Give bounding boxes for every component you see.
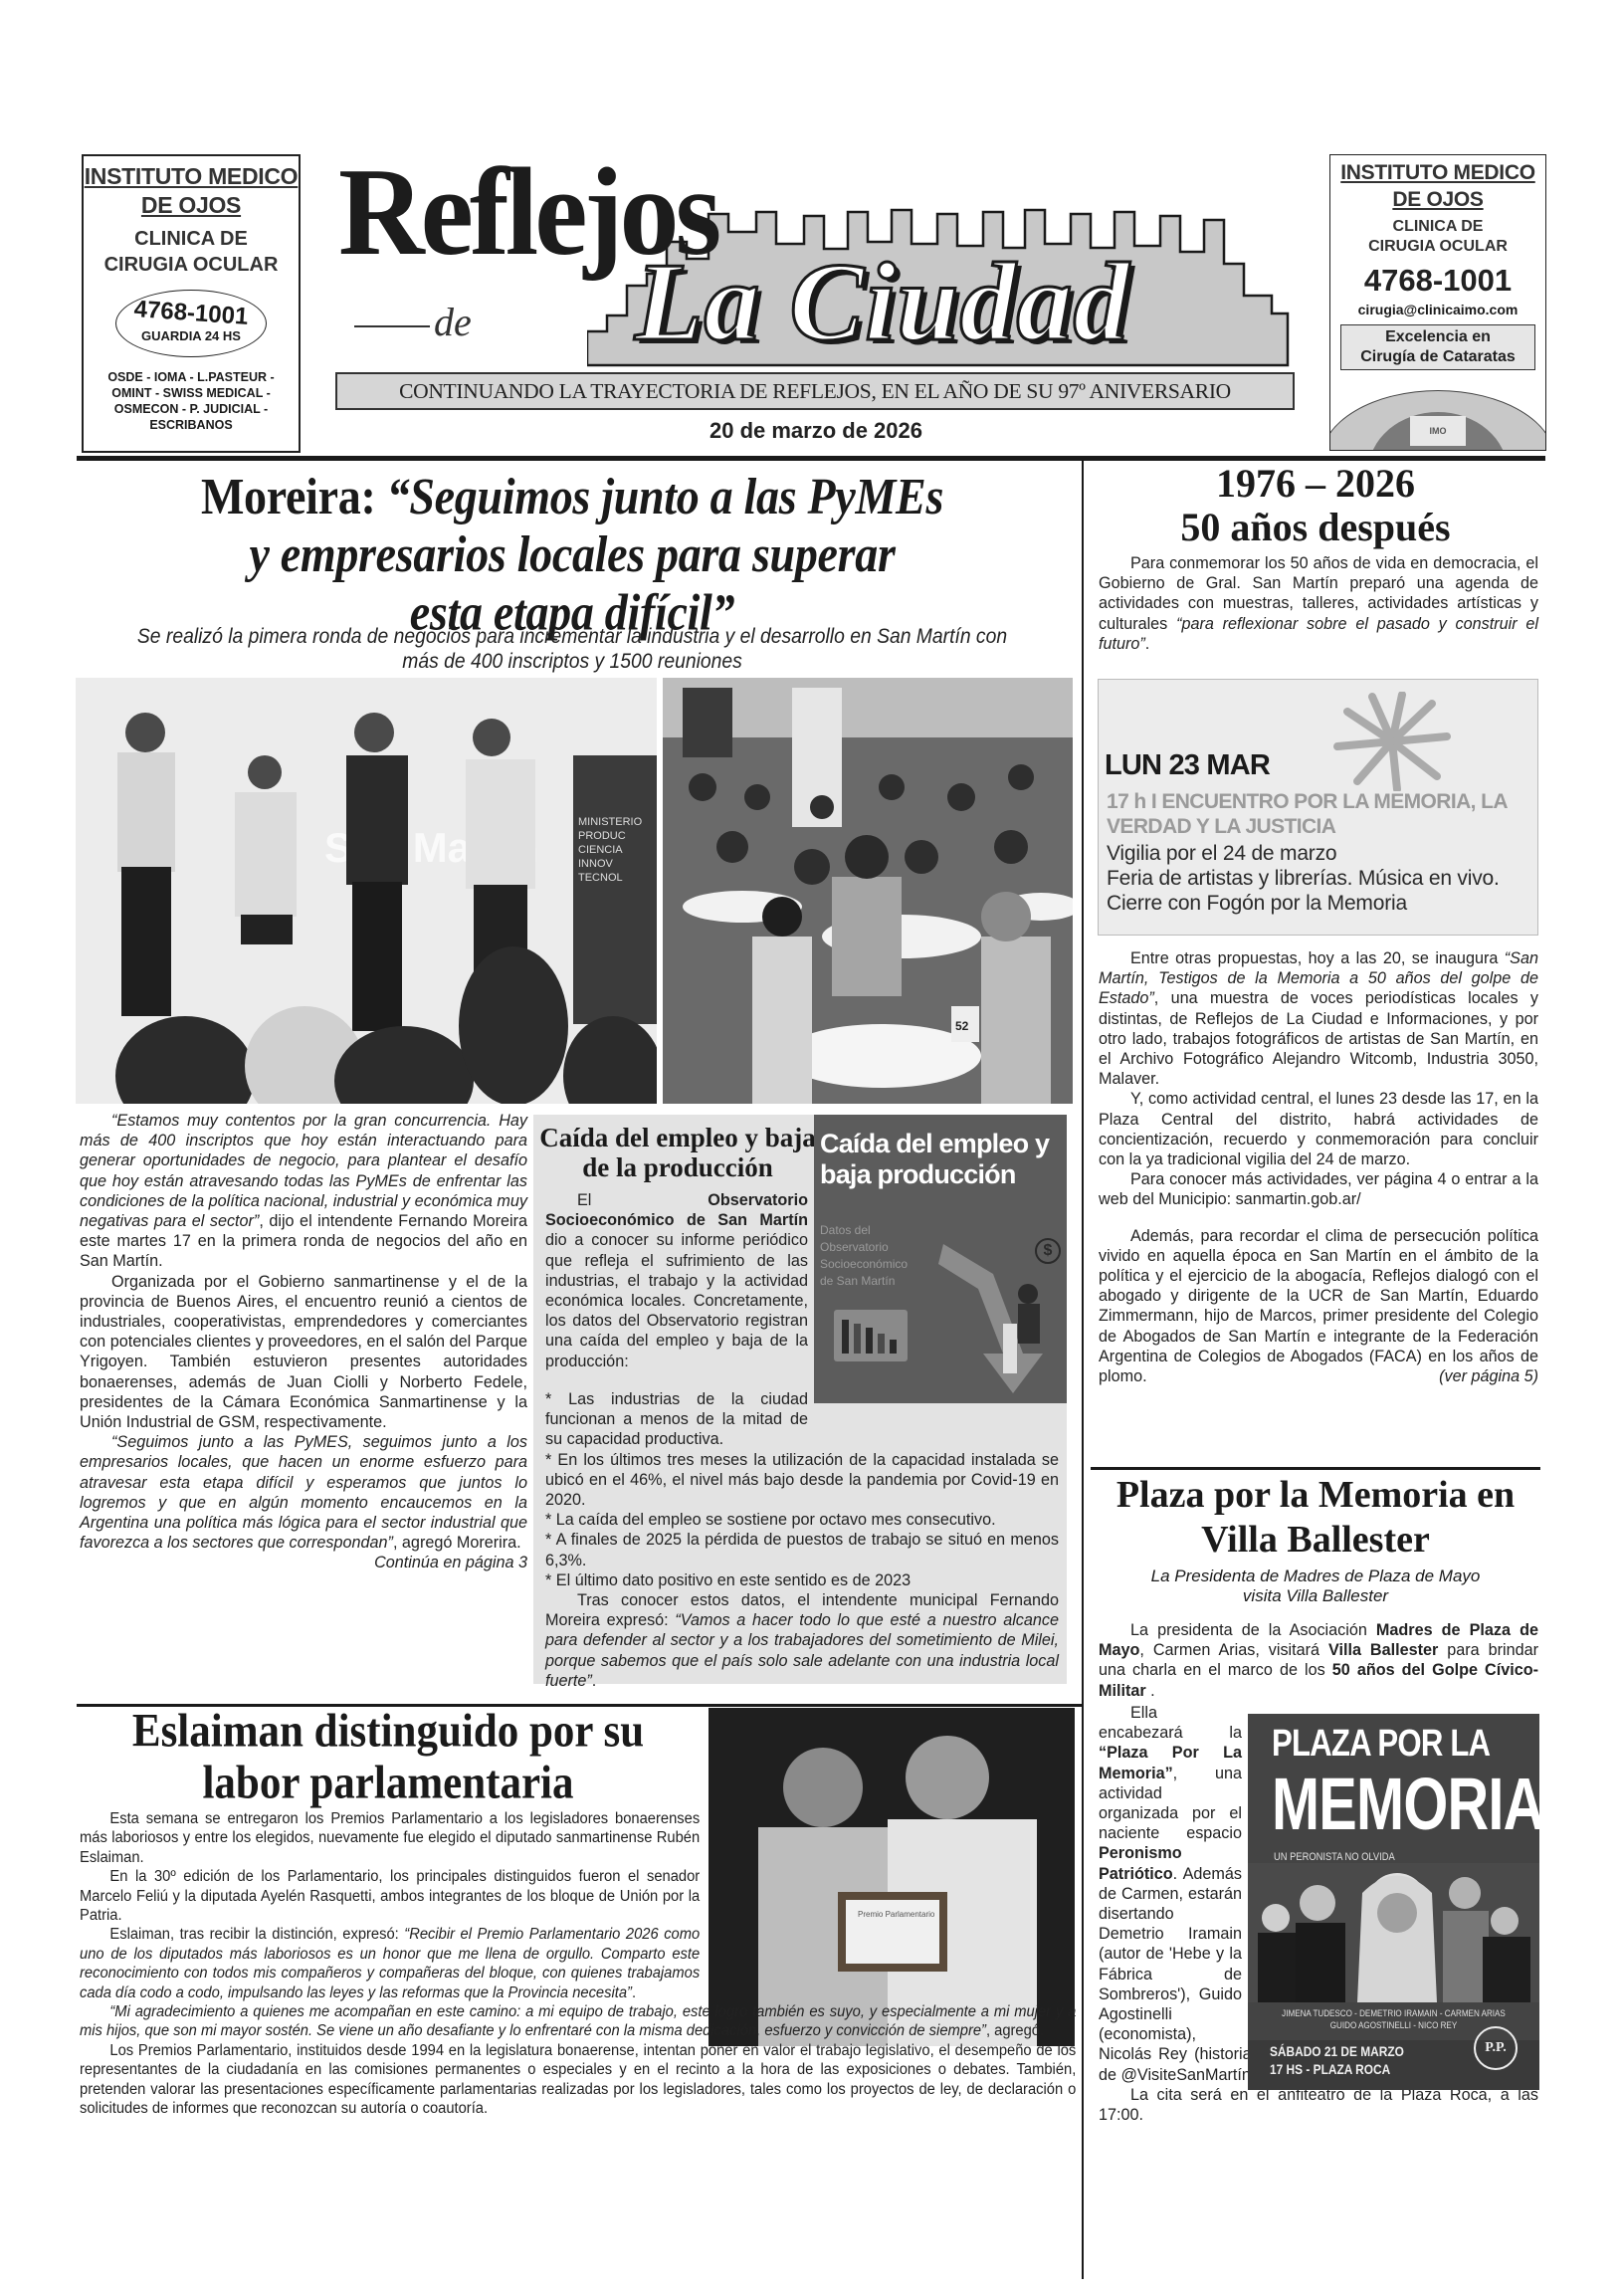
insurer-line: OMINT - SWISS MEDICAL - [84, 385, 299, 401]
poster-title-2: MEMORIA [1272, 1766, 1539, 1843]
poster-date: SÁBADO 21 DE MARZO [1270, 2042, 1404, 2060]
event-title: 17 h I ENCUENTRO POR LA MEMORIA, LA VERD… [1107, 789, 1534, 839]
lead-article-body: “Estamos muy contentos por la gran concu… [80, 1111, 527, 1573]
eye-logo-arc: IMO [1330, 390, 1545, 450]
event-card: LUN 23 MAR 17 h I ENCUENTRO POR LA MEMOR… [1098, 679, 1538, 936]
lead-paragraph-2: Organizada por el Gobierno sanmartinense… [80, 1272, 527, 1433]
body-text: . [1145, 635, 1150, 653]
quote-text: “Mi agradecimiento a quienes me acompaña… [80, 2003, 1076, 2039]
plaza-p1: La presidenta de la Asociación Madres de… [1099, 1620, 1538, 1701]
body-text: . [632, 1984, 636, 2001]
ad-line2: DE OJOS [1330, 186, 1545, 213]
bullet-item: * A finales de 2025 la pérdida de puesto… [545, 1530, 1059, 1569]
bullet-item: * El último dato positivo en este sentid… [545, 1570, 1059, 1590]
lead-photo-tables: 52 [663, 678, 1073, 1104]
caida-headline: Caída del empleo y baja de la producción [533, 1123, 822, 1182]
tables-photo-illustration: 52 [663, 678, 1073, 1104]
ad-line1: INSTITUTO MEDICO [1330, 159, 1545, 186]
eslaiman-p3: Eslaiman, tras recibir la distinción, ex… [80, 1925, 700, 2002]
ad-line1: INSTITUTO MEDICO [84, 162, 299, 191]
bullet-item: * Las industrias de la ciudad funcionan … [545, 1389, 808, 1450]
ad-line3: CLINICA DE [1330, 217, 1545, 237]
body-text: La presidenta de la Asociación [1130, 1621, 1376, 1639]
caida-infographic: Caída del empleo y baja producción Datos… [814, 1115, 1067, 1403]
svg-text:PRODUC: PRODUC [578, 830, 626, 842]
plaza-memoria-poster: PLAZA POR LA MEMORIA UN PERONISTA NO OLV… [1248, 1714, 1539, 2040]
slogan-line: Excelencia en [1341, 327, 1534, 347]
insurer-line: OSMECON - P. JUDICIAL - [84, 401, 299, 417]
headline-line: 1976 – 2026 [1091, 462, 1540, 506]
ad-instituto-medico-left: INSTITUTO MEDICO DE OJOS CLINICA DE CIRU… [82, 154, 301, 453]
anniversary-p3: Y, como actividad central, el lunes 23 d… [1099, 1089, 1538, 1169]
plaza-p3: La cita será en el anfiteatro de la Plaz… [1099, 2085, 1538, 2125]
poster-title-1: PLAZA POR LA [1272, 1724, 1490, 1764]
bullet-item: * La caída del empleo se sostiene por oc… [545, 1510, 1059, 1530]
anniversary-body: Entre otras propuestas, hoy a las 20, se… [1099, 948, 1538, 1386]
bullet-item: * En los últimos tres meses la utilizaci… [545, 1450, 1059, 1511]
lead-headline: Moreira: “Seguimos junto a las PyMEs y e… [95, 468, 1050, 642]
masthead-rule [354, 325, 430, 327]
ad-slogan: Excelencia en Cirugía de Cataratas [1340, 324, 1535, 370]
caida-intro: El Observatorio Socioeconómico de San Ma… [545, 1190, 808, 1371]
stage-photo-illustration: MINISTERIO PRODUC CIENCIA INNOV TECNOL S… [76, 678, 657, 1104]
poster-footer: SÁBADO 21 DE MARZO 17 HS - PLAZA ROCA P.… [1248, 2040, 1539, 2090]
svg-text:TECNOL: TECNOL [578, 872, 623, 884]
anniversary-p1: Para conmemorar los 50 años de vida en d… [1099, 553, 1538, 654]
anniversary-intro: Para conmemorar los 50 años de vida en d… [1099, 553, 1538, 654]
body-text: Entre otras propuestas, hoy a las 20, se… [1130, 949, 1505, 967]
ad-email: cirugia@clinicaimo.com [1330, 301, 1545, 318]
anniversary-headline: 1976 – 2026 50 años después [1091, 462, 1540, 549]
imo-logo-icon: IMO [1410, 416, 1466, 446]
caida-bullets: * Las industrias de la ciudad funcionan … [545, 1389, 1059, 1691]
eslaiman-p5: Los Premios Parlamentario, instituidos d… [80, 2041, 1076, 2119]
caida-body: El Observatorio Socioeconómico de San Ma… [545, 1190, 808, 1371]
svg-text:52: 52 [955, 1019, 969, 1033]
caida-closing: Tras conocer estos datos, el intendente … [545, 1590, 1059, 1691]
body-text: Eslaiman, tras recibir la distinción, ex… [109, 1926, 404, 1943]
body-text: , agregó Morerira. [393, 1534, 521, 1552]
continues-link[interactable]: Continúa en página 3 [80, 1553, 527, 1572]
poster-tagline: UN PERONISTA NO OLVIDA [1274, 1851, 1395, 1863]
svg-text:MINISTERIO: MINISTERIO [578, 816, 643, 828]
lead-paragraph-3: “Seguimos junto a las PyMES, seguimos ju… [80, 1432, 527, 1553]
poster-time-place: 17 HS - PLAZA ROCA [1270, 2060, 1390, 2078]
plaza-headline: Plaza por la Memoria en Villa Ballester [1091, 1473, 1540, 1563]
body-text: El [577, 1191, 708, 1209]
lead-subheadline: Se realizó la pimera ronda de negocios p… [132, 624, 1011, 674]
memoria-flower-icon [1327, 692, 1457, 791]
event-detail-1: Vigilia por el 24 de marzo [1107, 841, 1336, 866]
infographic-subtitle: Datos del Observatorio Socioeconómico de… [820, 1222, 915, 1290]
lead-photo-stage: MINISTERIO PRODUC CIENCIA INNOV TECNOL S… [76, 678, 657, 1104]
body-text: Ella encabezará la [1099, 1704, 1242, 1742]
ad-phone: 4768-1001 [1330, 261, 1545, 301]
event-detail-2: Feria de artistas y librerías. Música en… [1107, 866, 1524, 916]
ad-guardia: GUARDIA 24 HS [116, 328, 266, 343]
ad-line4: CIRUGIA OCULAR [1330, 237, 1545, 257]
eslaiman-p2: En la 30º edición de los Parlamentario, … [80, 1867, 700, 1925]
section-rule [1091, 1467, 1540, 1470]
masthead-title-la-ciudad: La Ciudad [635, 247, 1130, 358]
bold-text: Villa Ballester [1328, 1641, 1438, 1659]
poster-speakers: JIMENA TUDESCO - DEMETRIO IRAMAIN - CARM… [1270, 2008, 1518, 2032]
ad-phone: 4768-1001 [115, 296, 266, 331]
eslaiman-p4: “Mi agradecimiento a quienes me acompaña… [80, 2002, 1076, 2041]
svg-text:INNOV: INNOV [578, 858, 614, 870]
body-text: , agregó. [986, 2022, 1044, 2039]
headline-name: Moreira: [201, 468, 387, 524]
insurer-line: OSDE - IOMA - L.PASTEUR - [84, 369, 299, 385]
masthead-title-de: de [434, 299, 472, 345]
eslaiman-body: Esta semana se entregaron los Premios Pa… [80, 1809, 1077, 2119]
speakers-line: GUIDO AGOSTINELLI - NICO REY [1270, 2020, 1518, 2032]
speakers-line: JIMENA TUDESCO - DEMETRIO IRAMAIN - CARM… [1270, 2008, 1518, 2020]
body-text: . [1146, 1682, 1155, 1700]
slogan-line: Cirugía de Cataratas [1341, 347, 1534, 367]
eslaiman-headline: Eslaiman distinguido por su labor parlam… [80, 1706, 697, 1808]
svg-text:CIENCIA: CIENCIA [578, 844, 623, 856]
body-text: , una muestra de voces periodísticas loc… [1099, 989, 1538, 1088]
infographic-title: Caída del empleo y baja producción [820, 1129, 1067, 1190]
masthead-tagline: CONTINUANDO LA TRAYECTORIA DE REFLEJOS, … [335, 372, 1295, 410]
falling-arrow-illustration [933, 1234, 1063, 1403]
peronismo-patriotico-logo-icon: P.P. [1474, 2026, 1518, 2070]
headline-quote: “Seguimos junto a las PyMEs [387, 468, 943, 524]
ad-insurers: OSDE - IOMA - L.PASTEUR - OMINT - SWISS … [84, 369, 299, 433]
poster-people-illustration [1248, 1863, 1539, 2002]
insurer-line: ESCRIBANOS [84, 417, 299, 433]
anniversary-p4: Para conocer más actividades, ver página… [1099, 1169, 1538, 1209]
ad-line3: CLINICA DE [84, 226, 299, 252]
body-text: , Carmen Arias, visitará [1139, 1641, 1328, 1659]
body-text: . [592, 1672, 597, 1690]
ad-instituto-medico-right: INSTITUTO MEDICO DE OJOS CLINICA DE CIRU… [1329, 154, 1546, 451]
column-divider [1082, 461, 1084, 2279]
issue-date: 20 de marzo de 2026 [577, 418, 1055, 444]
headline-line: 50 años después [1091, 506, 1540, 549]
headline-quote: y empresarios locales para superar [95, 525, 1050, 583]
bullet-text: * Las industrias de la ciudad funcionan … [545, 1390, 808, 1448]
eslaiman-p1: Esta semana se entregaron los Premios Pa… [80, 1809, 700, 1867]
event-day: LUN 23 MAR [1105, 749, 1270, 782]
phone-oval: 4768-1001 GUARDIA 24 HS [115, 290, 267, 357]
plaza-subheadline: La Presidenta de Madres de Plaza de Mayo… [1091, 1566, 1540, 1606]
anniversary-p5: Además, para recordar el clima de persec… [1099, 1226, 1538, 1387]
bar-chart-icon [834, 1310, 908, 1361]
see-page-5-link[interactable]: (ver página 5) [1099, 1366, 1538, 1386]
body-text: dio a conocer su informe periódico que r… [545, 1231, 808, 1369]
plaza-intro: La presidenta de la Asociación Madres de… [1099, 1620, 1538, 1701]
ad-line4: CIRUGIA OCULAR [84, 252, 299, 278]
ad-line2: DE OJOS [84, 191, 299, 220]
anniversary-p2: Entre otras propuestas, hoy a las 20, se… [1099, 948, 1538, 1089]
bold-text: Peronismo Patriótico [1099, 1844, 1182, 1882]
lead-paragraph-1: “Estamos muy contentos por la gran concu… [80, 1111, 527, 1272]
